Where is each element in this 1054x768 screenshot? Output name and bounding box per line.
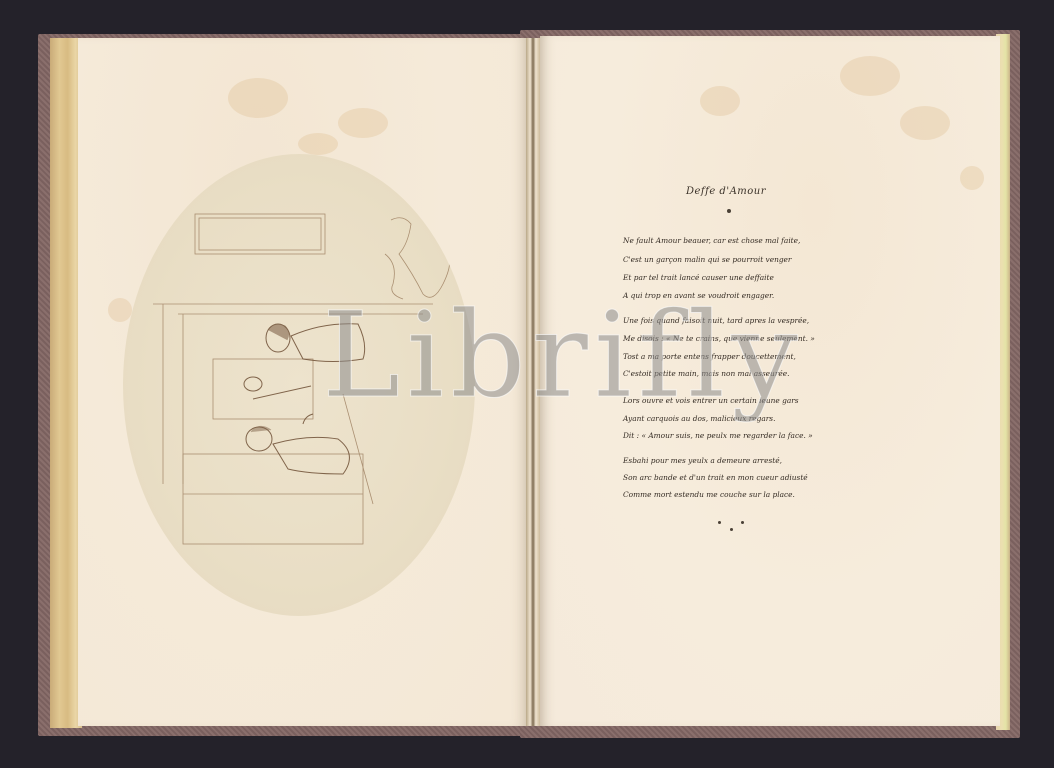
oval-illustration [123, 154, 475, 616]
closing-ornament-dot [730, 528, 733, 531]
closing-ornament-dot [741, 521, 744, 524]
poem-line: Lors ouvre et vois entrer un certain ieu… [623, 396, 799, 405]
poem-line: Ne fault Amour beauer, car est chose mal… [623, 236, 800, 245]
sketch-drawing [123, 154, 475, 616]
closing-ornament-dot [718, 521, 721, 524]
poem-line: C'est un garçon malin qui se pourroit ve… [623, 255, 791, 264]
poem-line: A qui trop en avant se voudroit engager. [623, 291, 774, 300]
poem-line: Dit : « Amour suis, ne peulx me regarder… [623, 431, 813, 440]
open-book: Deffe d'Amour Ne fault Amour beauer, car… [0, 0, 1054, 768]
poem-title: Deffe d'Amour [686, 186, 766, 197]
title-ornament-dot [727, 209, 731, 213]
right-page [540, 36, 1000, 726]
poem-line: Me disois : « Ne te crains, que vienne s… [623, 334, 815, 343]
poem-line: Tost a ma porte entens frapper doucettem… [623, 352, 796, 361]
book-gutter [526, 38, 540, 726]
poem-line: Esbahi pour mes yeulx a demeure arresté, [623, 456, 782, 465]
poem-line: Une fois quand faisoit nuit, tard apres … [623, 316, 809, 325]
poem-line: Ayant carquois au dos, malicieux regars. [623, 414, 775, 423]
poem-line: Son arc bande et d'un trait en mon cueur… [623, 473, 808, 482]
poem-line: Comme mort estendu me couche sur la plac… [623, 490, 795, 499]
poem-line: Et par tel trait lancé causer une deffai… [623, 273, 774, 282]
poem-line: C'estoit petite main, mais non mal asseu… [623, 369, 789, 378]
